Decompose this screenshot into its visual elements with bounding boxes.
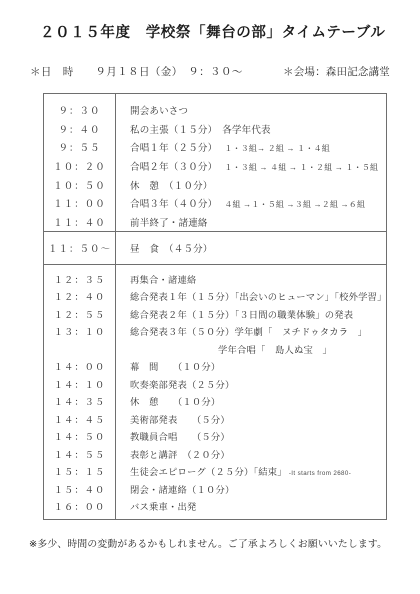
event-cell: 学年合唱「 島人ぬ宝 」 [115,342,386,356]
time-cell: １６：００ [44,499,115,513]
timetable-row: １３：１０総合発表３年（５０分）学年劇「 ヌチドゥタカラ 」 [44,323,386,341]
event-cell: 美術部発表 （５分） [115,412,386,426]
time-cell: １０：５０ [44,178,115,192]
event-label: バス乗車・出発 [130,502,196,512]
event-cell: 総合発表１年（１５分）「出会いのヒューマン」「校外学習」 [115,289,387,303]
timetable-row: １０：５０休 憩 （１０分） [44,175,386,194]
time-cell: １１：００ [44,196,115,210]
event-cell: 昼 食 （４５分） [115,241,386,255]
timetable-row: １５：４０閉会・諸連絡（１０分） [44,480,386,498]
time-cell: ９：３０ [44,103,115,117]
event-cell: 教職員合唱 （５分） [115,429,386,443]
timetable-row: １０：２０合唱２年（３０分）１・３組 → ４組 → １・２組 → １・５組 [44,157,386,176]
event-detail: ４組 →１・５組 →３組 →２組 →６組 [224,200,365,209]
event-cell: 生徒会エピローグ（２５分）「結束」-It starts from 2680- [115,464,386,478]
timetable-row: 学年合唱「 島人ぬ宝 」 [44,340,386,358]
event-label: 休 憩 （１０分） [130,397,220,407]
time-cell: １４：３５ [44,394,115,408]
event-label: 開会あいさつ [130,106,188,117]
event-label: 昼 食 （４５分） [130,244,213,255]
timetable-row: １１：４０前半終了・諸連絡 [44,213,386,232]
event-label: 休 憩 （１０分） [130,181,213,192]
event-cell: 合唱３年（４０分）４組 →１・５組 →３組 →２組 →６組 [115,196,386,210]
date-time-label: ＊日 時 ９月１８日（金） ９：３０～ [30,64,243,79]
timetable-row: ９：４０私の主張（１５分） 各学年代表 [44,120,386,139]
event-label: 総合発表２年（１５分）「３日間の職業体験」の発表 [130,310,353,320]
timetable-row: ９：３０開会あいさつ [44,101,386,120]
event-label: 生徒会エピローグ（２５分）「結束」 [130,467,287,477]
time-cell: １４：５５ [44,447,115,461]
event-label: 表彰と講評 （２０分） [130,450,230,460]
time-cell: １１：４０ [44,215,115,229]
event-label: 学年合唱「 島人ぬ宝 」 [218,345,332,355]
footer-note: ※多少、時間の変動があるかもしれません。ご了承よろしくお願いいたします。 [29,536,387,550]
event-label: 教職員合唱 （５分） [130,432,230,442]
timetable-row: １４：４５美術部発表 （５分） [44,410,386,428]
event-detail: １・３組→ ２組 → １・４組 [224,144,330,153]
time-cell: １５：１５ [44,464,115,478]
event-label: 合唱２年（３０分） [130,162,217,173]
timetable-row: １２：５５総合発表２年（１５分）「３日間の職業体験」の発表 [44,305,386,323]
timetable-section-lunch: １１：５０～昼 食 （４５分） [44,232,386,265]
time-cell: １２：５５ [44,307,115,321]
time-cell: １４：５０ [44,429,115,443]
timetable-row: １４：５５表彰と講評 （２０分） [44,445,386,463]
time-cell: １２：３５ [44,272,115,286]
timetable-row: １２：３５再集合・諸連絡 [44,270,386,288]
page-title: ２０１５年度 学校祭「舞台の部」タイムテーブル [40,21,385,42]
time-cell: １３：１０ [44,324,115,338]
event-cell: 総合発表３年（５０分）学年劇「 ヌチドゥタカラ 」 [115,324,386,338]
event-label: 美術部発表 （５分） [130,415,230,425]
event-label: 合唱３年（４０分） [130,199,217,210]
timetable-section-afternoon: １２：３５再集合・諸連絡１２：４０総合発表１年（１５分）「出会いのヒューマン」「… [44,265,386,518]
time-cell: １４：００ [44,359,115,373]
event-cell: 合唱１年（２５分）１・３組→ ２組 → １・４組 [115,140,386,154]
timetable: ９：３０開会あいさつ９：４０私の主張（１５分） 各学年代表９：５５合唱１年（２５… [43,93,387,520]
event-cell: 吹奏楽部発表（２５分） [115,377,386,391]
event-cell: 幕 間 （１０分） [115,359,386,373]
event-note: -It starts from 2680- [289,470,351,477]
timetable-row: ９：５５合唱１年（２５分）１・３組→ ２組 → １・４組 [44,138,386,157]
timetable-row: １１：５０～昼 食 （４５分） [44,238,386,258]
timetable-row: １４：００幕 間 （１０分） [44,358,386,376]
event-label: 総合発表３年（５０分）学年劇「 ヌチドゥタカラ 」 [130,327,367,337]
event-label: 私の主張（１５分） 各学年代表 [130,125,271,136]
column-divider-line [115,94,116,519]
event-cell: 表彰と講評 （２０分） [115,447,386,461]
event-label: 幕 間 （１０分） [130,362,220,372]
timetable-section-morning: ９：３０開会あいさつ９：４０私の主張（１５分） 各学年代表９：５５合唱１年（２５… [44,94,386,232]
timetable-row: １４：１０吹奏楽部発表（２５分） [44,375,386,393]
event-cell: 閉会・諸連絡（１０分） [115,482,386,496]
time-cell: １４：４５ [44,412,115,426]
time-cell: １４：１０ [44,377,115,391]
event-label: 再集合・諸連絡 [130,275,196,285]
event-label: 合唱１年（２５分） [130,143,217,154]
event-cell: 総合発表２年（１５分）「３日間の職業体験」の発表 [115,307,386,321]
time-cell: １５：４０ [44,482,115,496]
time-cell: ９：４０ [44,122,115,136]
timetable-row: １６：００バス乗車・出発 [44,498,386,516]
time-cell: １２：４０ [44,289,115,303]
event-label: 吹奏楽部発表（２５分） [130,380,234,390]
timetable-row: １５：１５生徒会エピローグ（２５分）「結束」-It starts from 26… [44,463,386,481]
time-cell: １０：２０ [44,159,115,173]
time-cell: ９：５５ [44,140,115,154]
event-label: 閉会・諸連絡（１０分） [130,485,234,495]
event-cell: 私の主張（１５分） 各学年代表 [115,122,386,136]
event-cell: 休 憩 （１０分） [115,394,386,408]
venue-label: ＊会場：森田記念講堂 [283,64,390,79]
event-label: 総合発表１年（１５分）「出会いのヒューマン」「校外学習」 [130,292,387,302]
event-cell: 前半終了・諸連絡 [115,215,386,229]
timetable-row: １４：５０教職員合唱 （５分） [44,428,386,446]
event-detail: １・３組 → ４組 → １・２組 → １・５組 [224,163,378,172]
event-cell: 合唱２年（３０分）１・３組 → ４組 → １・２組 → １・５組 [115,159,386,173]
event-cell: 休 憩 （１０分） [115,178,386,192]
event-cell: バス乗車・出発 [115,499,386,513]
time-cell: １１：５０～ [44,241,115,255]
document-page: ２０１５年度 学校祭「舞台の部」タイムテーブル ＊日 時 ９月１８日（金） ９：… [0,0,420,594]
timetable-row: １２：４０総合発表１年（１５分）「出会いのヒューマン」「校外学習」 [44,288,386,306]
event-cell: 再集合・諸連絡 [115,272,386,286]
timetable-row: １１：００合唱３年（４０分）４組 →１・５組 →３組 →２組 →６組 [44,194,386,213]
timetable-row: １４：３５休 憩 （１０分） [44,393,386,411]
event-label: 前半終了・諸連絡 [130,218,208,229]
event-cell: 開会あいさつ [115,103,386,117]
